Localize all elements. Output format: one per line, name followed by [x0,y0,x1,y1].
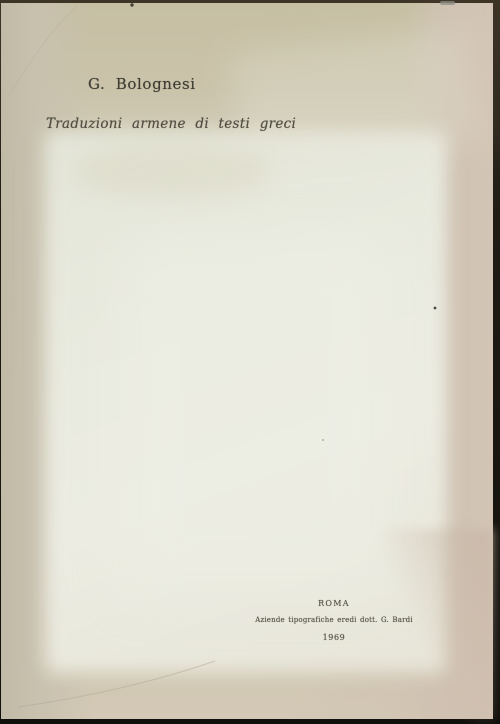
imprint-city: ROMA [194,599,474,608]
page-light-core [121,233,391,593]
imprint-year: 1969 [194,633,474,642]
scanned-book-cover: G. Bolognesi Traduzioni armene di testi … [0,0,500,724]
imprint-block: ROMA Aziende tipografiche eredi dott. G.… [194,599,474,642]
author-name: G. Bolognesi [88,75,196,93]
book-title: Traduzioni armene di testi greci [46,116,296,132]
paper-stain [71,143,271,198]
imprint-publisher: Aziende tipografiche eredi dott. G. Bard… [194,616,474,624]
